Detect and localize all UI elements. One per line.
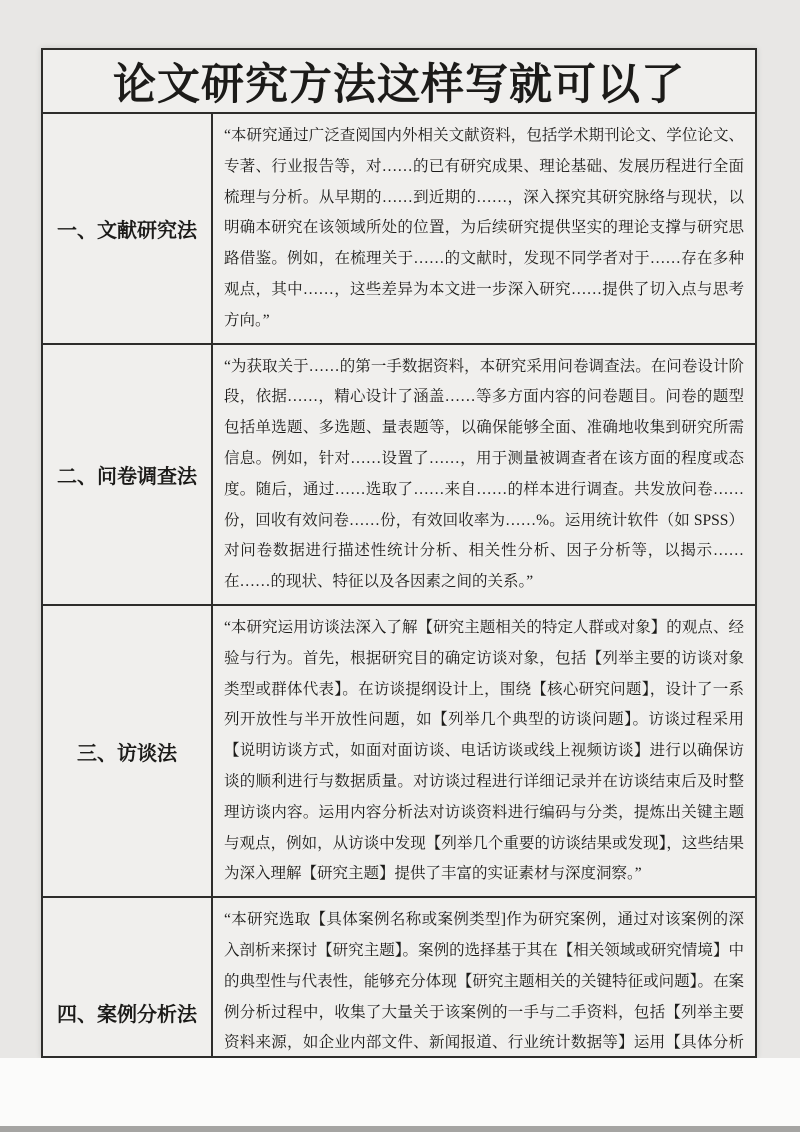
- scanned-document-page: { "document": { "title": "论文研究方法这样写就可以了"…: [0, 0, 800, 1132]
- table-row-case-analysis: 四、案例分析法 “本研究选取【具体案例名称或案例类型]作为研究案例，通过对该案例…: [43, 898, 755, 1058]
- method-label-questionnaire-survey: 二、问卷调查法: [43, 345, 213, 604]
- method-content-interview: “本研究运用访谈法深入了解【研究主题相关的特定人群或对象】的观点、经验与行为。首…: [224, 613, 744, 890]
- method-content-cell: “本研究通过广泛查阅国内外相关文献资料，包括学术期刊论文、学位论文、专著、行业报…: [213, 114, 755, 343]
- method-content-case-analysis: “本研究选取【具体案例名称或案例类型]作为研究案例，通过对该案例的深入剖析来探讨…: [224, 905, 744, 1058]
- method-label-case-analysis: 四、案例分析法: [43, 898, 213, 1058]
- page-title: 论文研究方法这样写就可以了: [43, 50, 755, 114]
- method-label-interview: 三、访谈法: [43, 606, 213, 896]
- method-content-cell: “为获取关于……的第一手数据资料，本研究采用问卷调查法。在问卷设计阶段，依据………: [213, 345, 755, 604]
- method-content-questionnaire-survey: “为获取关于……的第一手数据资料，本研究采用问卷调查法。在问卷设计阶段，依据………: [224, 352, 744, 598]
- page-bottom-margin: [0, 1058, 800, 1126]
- method-content-literature-research: “本研究通过广泛查阅国内外相关文献资料，包括学术期刊论文、学位论文、专著、行业报…: [224, 121, 744, 337]
- method-label-literature-research: 一、文献研究法: [43, 114, 213, 343]
- table-row-interview: 三、访谈法 “本研究运用访谈法深入了解【研究主题相关的特定人群或对象】的观点、经…: [43, 606, 755, 898]
- method-content-cell: “本研究运用访谈法深入了解【研究主题相关的特定人群或对象】的观点、经验与行为。首…: [213, 606, 755, 896]
- method-content-cell: “本研究选取【具体案例名称或案例类型]作为研究案例，通过对该案例的深入剖析来探讨…: [213, 898, 755, 1058]
- table-row-literature-research: 一、文献研究法 “本研究通过广泛查阅国内外相关文献资料，包括学术期刊论文、学位论…: [43, 114, 755, 345]
- research-methods-table: 论文研究方法这样写就可以了 一、文献研究法 “本研究通过广泛查阅国内外相关文献资…: [41, 48, 757, 1058]
- table-row-questionnaire-survey: 二、问卷调查法 “为获取关于……的第一手数据资料，本研究采用问卷调查法。在问卷设…: [43, 345, 755, 606]
- photo-edge-bar: [0, 1126, 800, 1132]
